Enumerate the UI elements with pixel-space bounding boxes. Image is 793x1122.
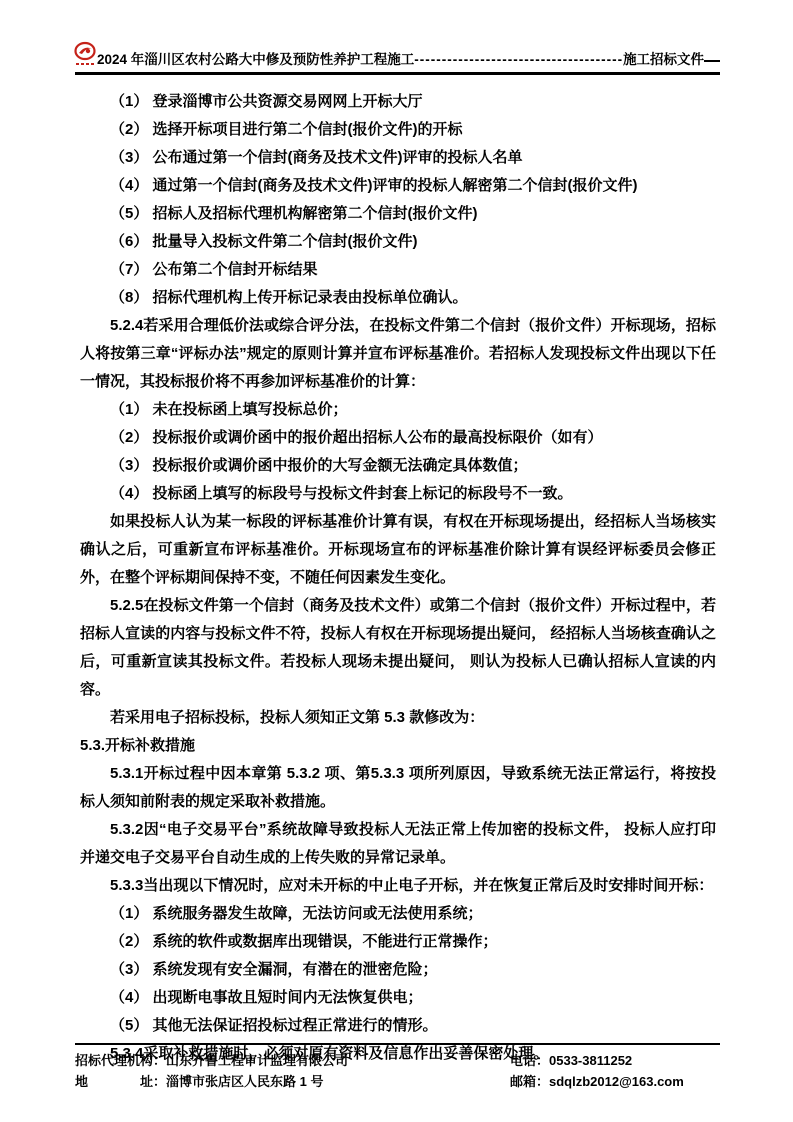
company-seal-icon	[73, 41, 99, 71]
header-underline-segment	[704, 60, 720, 62]
header-title-left: 2024 年淄川区农村公路大中修及预防性养护工程施工	[97, 48, 414, 68]
paragraph: 5.3.3当出现以下情况时，应对未开标的中止电子开标，并在恢复正常后及时安排时间…	[80, 872, 716, 900]
paragraph: 如果投标人认为某一标段的评标基准价计算有误，有权在开标现场提出，经招标人当场核实…	[80, 508, 716, 592]
list-item: （3） 投标报价或调价函中报价的大写金额无法确定具体数值；	[80, 452, 716, 480]
paragraph: 5.3.2因“电子交易平台”系统故障导致投标人无法正常上传加密的投标文件， 投标…	[80, 816, 716, 872]
footer-email: 邮箱：sdqlzb2012@163.com	[510, 1071, 720, 1092]
footer-phone: 电话：0533-3811252	[510, 1050, 720, 1071]
list-item: （3） 系统发现有安全漏洞，有潜在的泄密危险；	[80, 956, 716, 984]
footer-agency-value: 山东齐鲁工程审计监理有限公司	[166, 1053, 348, 1068]
paragraph: 5.2.4若采用合理低价法或综合评分法，在投标文件第二个信封（报价文件）开标现场…	[80, 312, 716, 396]
paragraph: 5.2.5在投标文件第一个信封（商务及技术文件）或第二个信封（报价文件）开标过程…	[80, 592, 716, 704]
list-item: （4） 出现断电事故且短时间内无法恢复供电；	[80, 984, 716, 1012]
list-item: （1） 未在投标函上填写投标总价；	[80, 396, 716, 424]
page-header: 2024 年淄川区农村公路大中修及预防性养护工程施工 -------------…	[75, 48, 720, 75]
footer-address-value: 淄博市张店区人民东路 1 号	[166, 1074, 323, 1089]
list-item: （1） 登录淄博市公共资源交易网网上开标大厅	[80, 88, 716, 116]
list-item: （2） 选择开标项目进行第二个信封(报价文件)的开标	[80, 116, 716, 144]
footer-row-address: 地 址：淄博市张店区人民东路 1 号 邮箱：sdqlzb2012@163.com	[75, 1071, 720, 1092]
list-item: （1） 系统服务器发生故障，无法访问或无法使用系统；	[80, 900, 716, 928]
footer-agency: 招标代理机构：山东齐鲁工程审计监理有限公司	[75, 1050, 510, 1071]
list-item: （8） 招标代理机构上传开标记录表由投标单位确认。	[80, 284, 716, 312]
footer-email-label: 邮箱：	[510, 1074, 549, 1089]
list-item: （5） 招标人及招标代理机构解密第二个信封(报价文件)	[80, 200, 716, 228]
paragraph: 若采用电子招标投标，投标人须知正文第 5.3 款修改为：	[80, 704, 716, 732]
header-title-right: 施工招标文件	[623, 48, 704, 68]
paragraph: 5.3.1开标过程中因本章第 5.3.2 项、第5.3.3 项所列原因，导致系统…	[80, 760, 716, 816]
footer-address-label: 地 址：	[75, 1074, 166, 1089]
list-item: （2） 投标报价或调价函中的报价超出招标人公布的最高投标限价（如有）	[80, 424, 716, 452]
footer-agency-label: 招标代理机构：	[75, 1053, 166, 1068]
list-item: （2） 系统的软件或数据库出现错误，不能进行正常操作；	[80, 928, 716, 956]
list-item: （4） 通过第一个信封(商务及技术文件)评审的投标人解密第二个信封(报价文件)	[80, 172, 716, 200]
list-item: （4） 投标函上填写的标段号与投标文件封套上标记的标段号不一致。	[80, 480, 716, 508]
footer-row-agency: 招标代理机构：山东齐鲁工程审计监理有限公司 电话：0533-3811252	[75, 1050, 720, 1071]
header-dash-filler: ----------------------------------------…	[414, 52, 623, 67]
list-item: （7） 公布第二个信封开标结果	[80, 256, 716, 284]
footer-phone-label: 电话：	[510, 1053, 549, 1068]
footer-email-value: sdqlzb2012@163.com	[549, 1074, 684, 1089]
list-item: （6） 批量导入投标文件第二个信封(报价文件)	[80, 228, 716, 256]
list-item: （5） 其他无法保证招投标过程正常进行的情形。	[80, 1012, 716, 1040]
footer-address: 地 址：淄博市张店区人民东路 1 号	[75, 1071, 510, 1092]
document-page: 2024 年淄川区农村公路大中修及预防性养护工程施工 -------------…	[0, 0, 793, 1122]
footer-phone-value: 0533-3811252	[549, 1053, 632, 1068]
page-footer: 招标代理机构：山东齐鲁工程审计监理有限公司 电话：0533-3811252 地 …	[75, 1043, 720, 1092]
header-line: 2024 年淄川区农村公路大中修及预防性养护工程施工 -------------…	[75, 48, 720, 68]
section-heading: 5.3.开标补救措施	[80, 732, 716, 760]
document-body: （1） 登录淄博市公共资源交易网网上开标大厅（2） 选择开标项目进行第二个信封(…	[80, 88, 716, 1068]
list-item: （3） 公布通过第一个信封(商务及技术文件)评审的投标人名单	[80, 144, 716, 172]
